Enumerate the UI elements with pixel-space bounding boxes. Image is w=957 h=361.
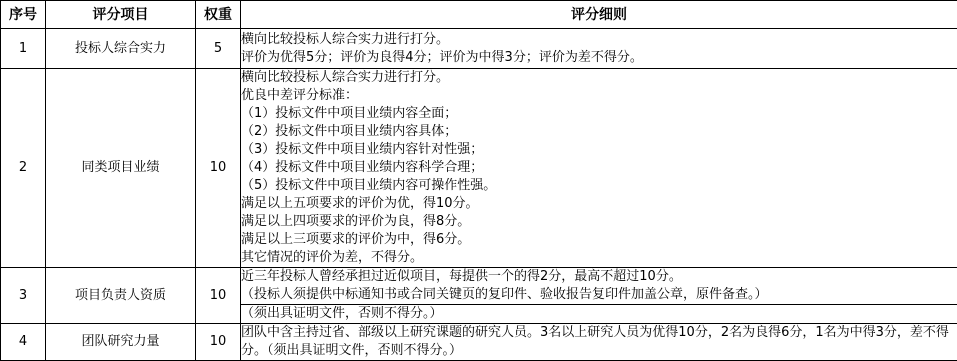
table-row: 2 同类项目业绩 10 横向比较投标人综合实力进行打分。 优良中差评分标准： （… [1,69,957,268]
row1-detail: 横向比较投标人综合实力进行打分。 评价为优得5分；评价为良得4分；评价为中得3分… [241,29,957,69]
header-no: 序号 [1,1,46,29]
table-row: 3 项目负责人资质 10 近三年投标人曾经承担过近似项目，每提供一个的得2分，最… [1,268,957,305]
header-row: 序号 评分项目 权重 评分细则 [1,1,957,29]
row3-detail-top: 近三年投标人曾经承担过近似项目，每提供一个的得2分，最高不超过10分。 （投标人… [241,268,957,305]
row2-weight: 10 [196,69,241,268]
row1-weight: 5 [196,29,241,69]
row2-detail: 横向比较投标人综合实力进行打分。 优良中差评分标准： （1）投标文件中项目业绩内… [241,69,957,268]
row3-detail-bottom: （须出具证明文件，否则不得分。） [241,305,957,324]
row3-item: 项目负责人资质 [46,268,196,324]
row2-item: 同类项目业绩 [46,69,196,268]
row3-weight: 10 [196,268,241,324]
row1-item: 投标人综合实力 [46,29,196,69]
row3-no: 3 [1,268,46,324]
header-item: 评分项目 [46,1,196,29]
header-weight: 权重 [196,1,241,29]
row2-no: 2 [1,69,46,268]
header-detail: 评分细则 [241,1,957,29]
scoring-rules-table: 序号 评分项目 权重 评分细则 1 投标人综合实力 5 横向比较投标人综合实力进… [0,0,957,361]
row1-no: 1 [1,29,46,69]
table-row: 1 投标人综合实力 5 横向比较投标人综合实力进行打分。 评价为优得5分；评价为… [1,29,957,69]
